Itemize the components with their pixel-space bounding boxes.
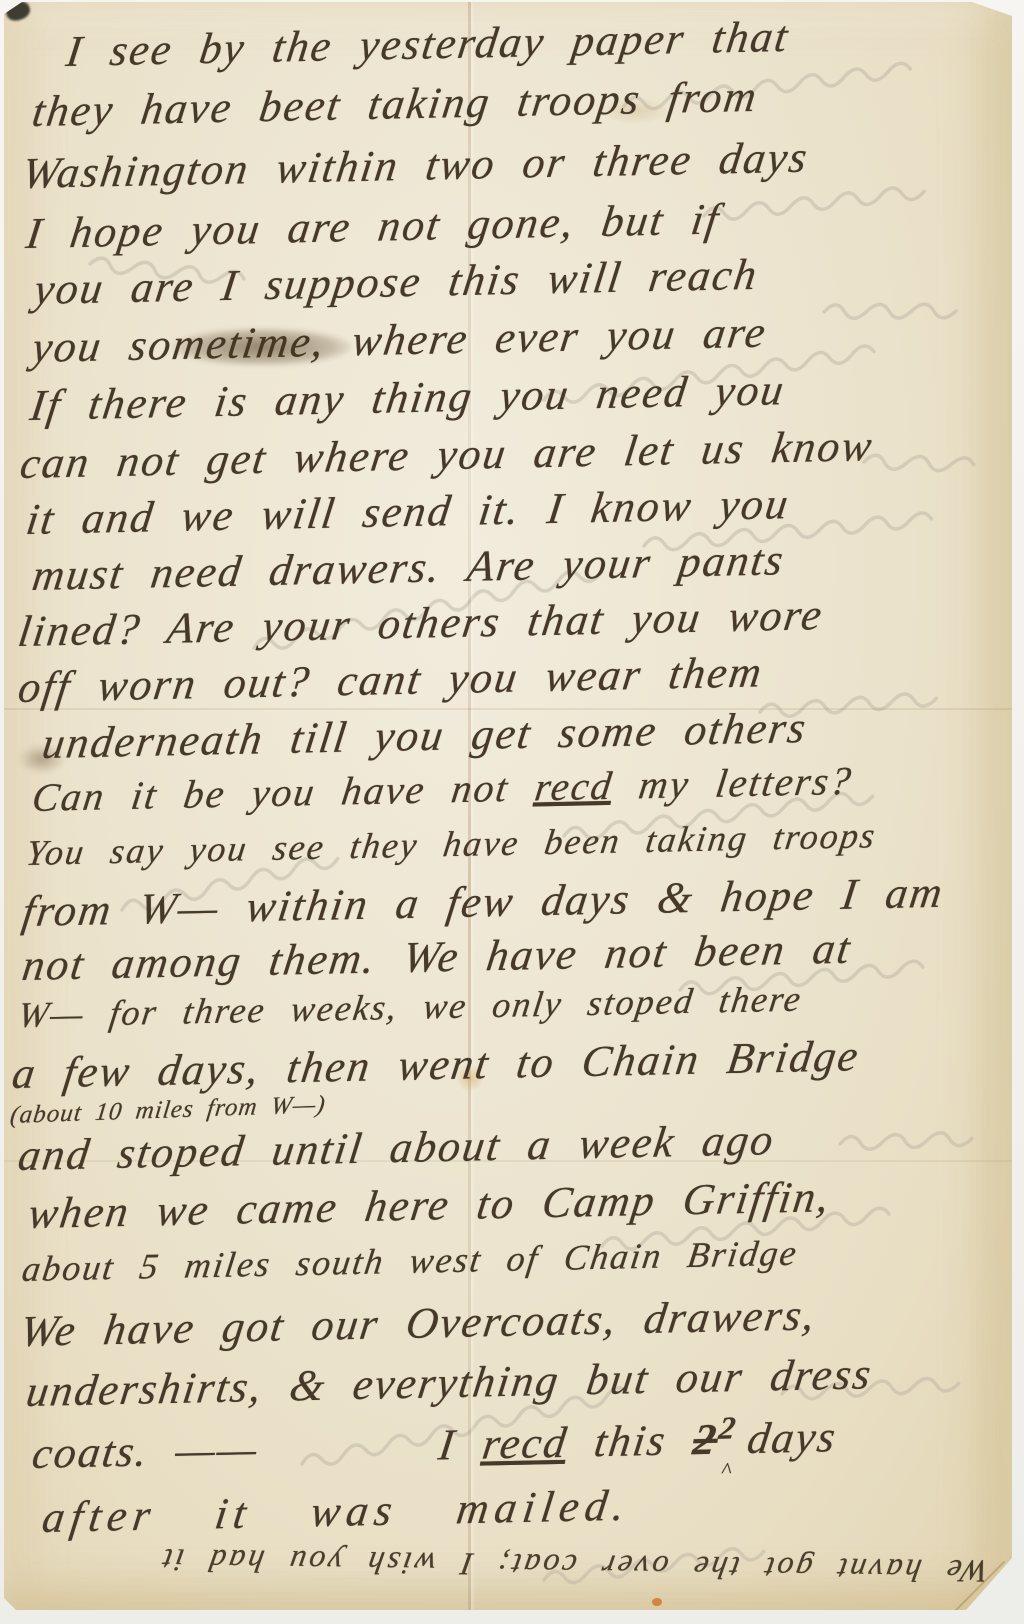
- letter-line: I hope you are not gone, but if: [23, 194, 723, 259]
- letter-line: I see by the yesterday paper that: [63, 11, 792, 77]
- underlined-word: recd: [532, 763, 616, 810]
- caret-insertion: 2^: [716, 1453, 746, 1454]
- letter-scan: I see by the yesterday paper that they h…: [0, 0, 1024, 1624]
- letter-line: after it was mailed.: [39, 1480, 634, 1543]
- line-text: my letters?: [610, 758, 856, 808]
- line-text: coats. ——: [29, 1424, 262, 1478]
- letter-line: undershirts, & everything but our dress: [23, 1348, 876, 1417]
- letter-line: We have got our Overcoats, drawers,: [17, 1289, 819, 1357]
- caret-mark: ^: [720, 1457, 736, 1483]
- letter-line: it and we will send it. I know you: [23, 478, 793, 545]
- paper-speck: [652, 1598, 662, 1606]
- postscript-upside-down: We havnt got the over coat; I wish you h…: [25, 1539, 991, 1589]
- letter-line: off worn out? cant you wear them: [15, 646, 766, 713]
- underlined-word: recd: [480, 1418, 572, 1469]
- line-text: I: [436, 1420, 487, 1470]
- inserted-number: 2: [717, 1409, 740, 1446]
- letter-line: you are I suppose this will reach: [31, 249, 761, 315]
- letter-line: must need drawers. Are your pants: [29, 534, 788, 601]
- letter-paper: I see by the yesterday paper that they h…: [4, 2, 1012, 1610]
- letter-line: they have beet taking troops from: [29, 71, 761, 137]
- line-text: Can it be you have not: [30, 765, 539, 820]
- letter-line: You say you see they have been taking tr…: [24, 814, 880, 874]
- line-text: this: [564, 1415, 697, 1467]
- letter-line-insertion: coats. ——I recd this 22^days: [29, 1411, 840, 1479]
- ink-smudge: [172, 328, 352, 366]
- letter-line: underneath till you get some others: [39, 702, 810, 769]
- letter-line: a few days, then went to Chain Bridge: [9, 1030, 863, 1099]
- letter-line: you sometime, where ever you are: [29, 307, 770, 373]
- corner-ink-mark: [4, 0, 32, 23]
- letter-line: when we came here to Camp Griffin,: [25, 1171, 834, 1239]
- letter-line: If there is any thing you need you: [27, 364, 788, 431]
- letter-line: about 5 miles south west of Chain Bridge: [20, 1232, 801, 1290]
- spacing-gap: [257, 1460, 438, 1464]
- line-text: days: [744, 1412, 840, 1463]
- letter-line: Washington within two or three days: [19, 132, 812, 199]
